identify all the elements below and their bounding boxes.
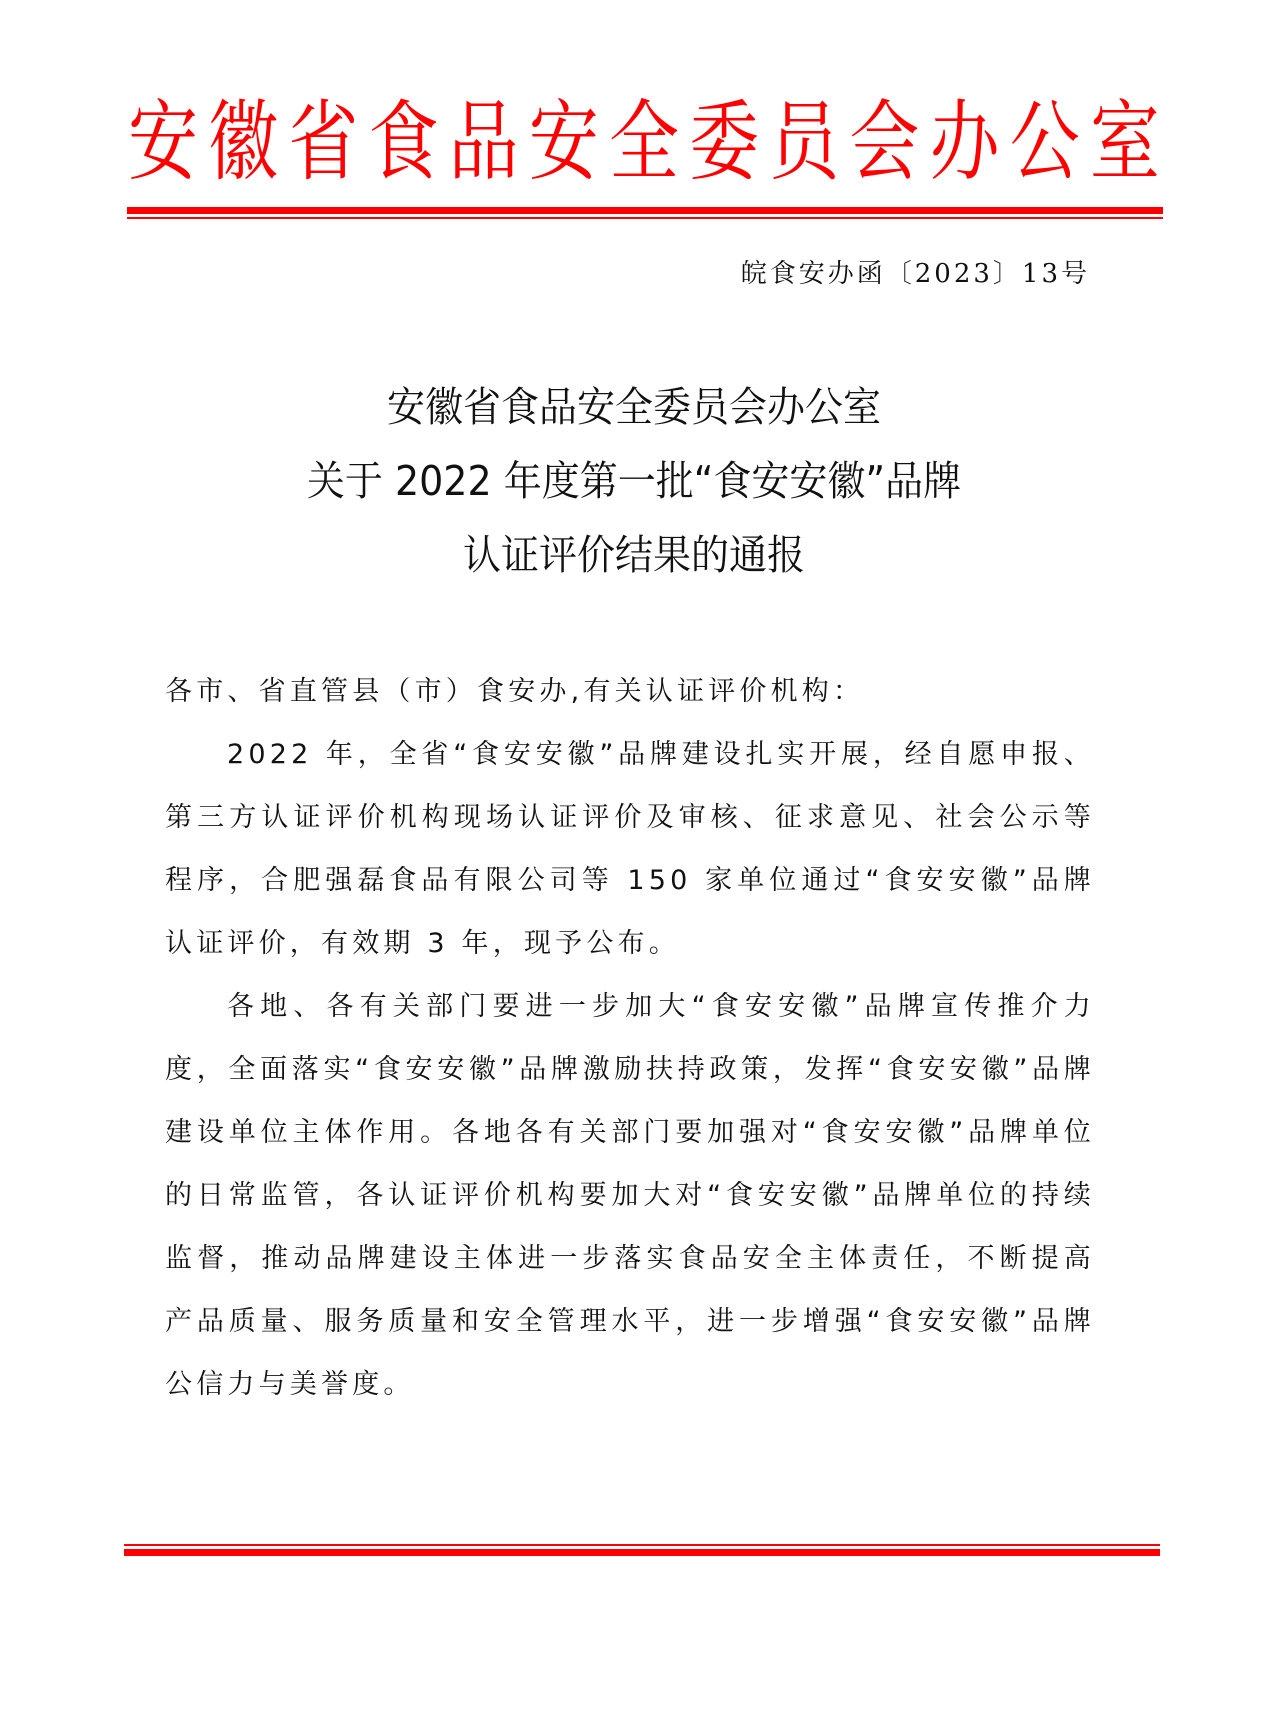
letterhead-char: 徽: [208, 80, 278, 205]
footer-divider-thick: [124, 1549, 1160, 1556]
letterhead-char: 品: [449, 80, 519, 205]
letterhead-char: 省: [288, 80, 358, 205]
title-line-3: 认证评价结果的通报: [0, 515, 1268, 595]
letterhead-char: 公: [1010, 80, 1080, 205]
footer-divider-thin: [124, 1544, 1160, 1546]
letterhead-char: 安: [529, 80, 599, 205]
document-title: 安徽省食品安全委员会办公室 关于 2022 年度第一批“食安安徽”品牌 认证评价…: [0, 370, 1268, 592]
letterhead-char: 员: [769, 80, 839, 205]
document-body: 各市、省直管县（市）食安办,有关认证评价机构： 2022 年，全省“食安安徽”品…: [165, 660, 1095, 1416]
title-line-1: 安徽省食品安全委员会办公室: [0, 367, 1268, 447]
letterhead-char: 会: [849, 80, 919, 205]
letterhead-char: 室: [1090, 80, 1160, 205]
letterhead-char: 安: [128, 80, 198, 205]
letterhead-char: 全: [609, 80, 679, 205]
letterhead-divider-thin: [127, 217, 1163, 219]
letterhead-char: 委: [689, 80, 759, 205]
letterhead-divider-thick: [127, 207, 1163, 214]
letterhead-char: 办: [930, 80, 1000, 205]
salutation: 各市、省直管县（市）食安办,有关认证评价机构：: [165, 660, 1095, 723]
document-number: 皖食安办函〔2023〕13号: [741, 253, 1090, 290]
document-page: 安 徽 省 食 品 安 全 委 员 会 办 公 室 皖食安办函〔2023〕13号…: [0, 0, 1268, 1723]
title-line-2: 关于 2022 年度第一批“食安安徽”品牌: [0, 441, 1268, 521]
body-paragraph: 各地、各有关部门要进一步加大“食安安徽”品牌宣传推介力度，全面落实“食安安徽”品…: [165, 975, 1095, 1416]
letterhead-org-name: 安 徽 省 食 品 安 全 委 员 会 办 公 室: [128, 92, 1160, 192]
body-paragraph: 2022 年，全省“食安安徽”品牌建设扎实开展，经自愿申报、第三方认证评价机构现…: [165, 723, 1095, 975]
letterhead-char: 食: [368, 80, 438, 205]
